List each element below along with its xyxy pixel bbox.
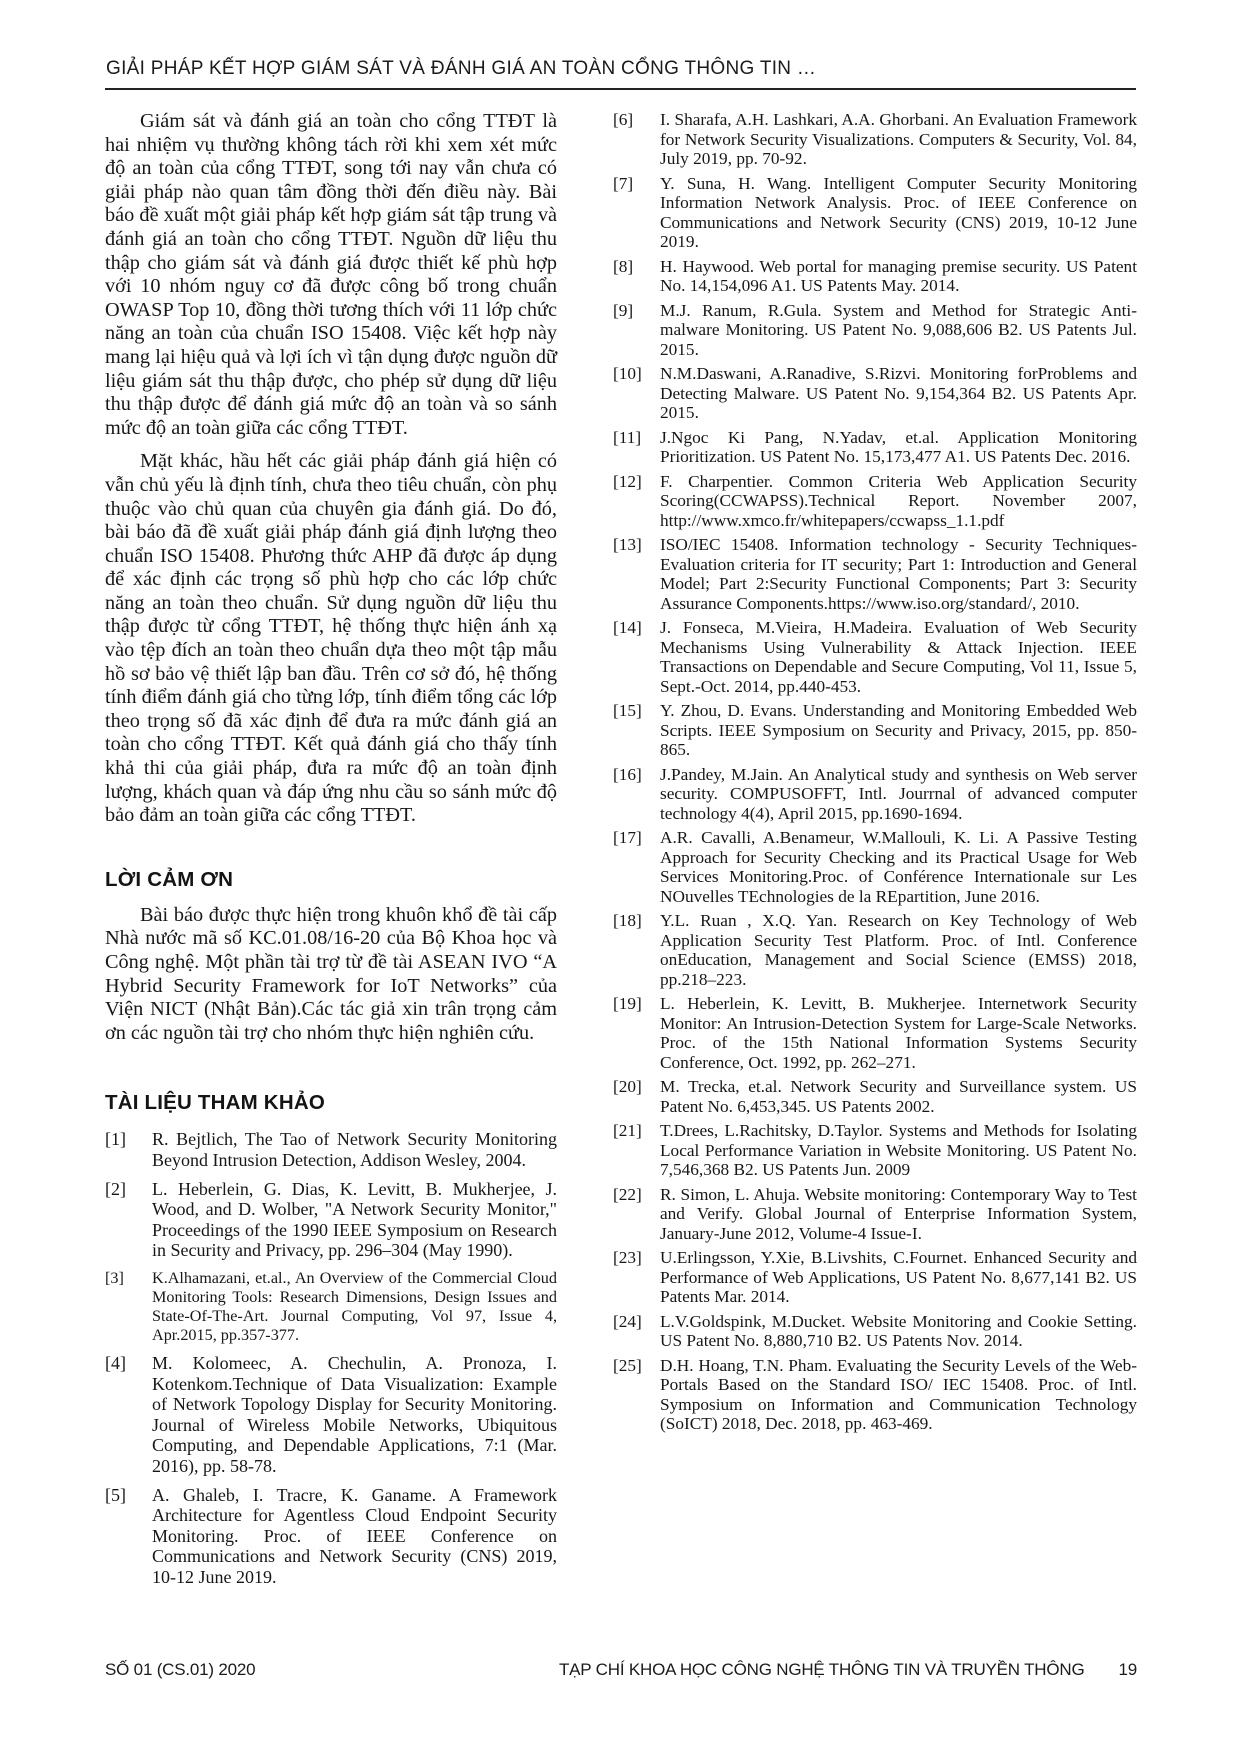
body-paragraph-1: Giám sát và đánh giá an toàn cho cổng TT… (105, 110, 557, 440)
reference-number: [2] (105, 1179, 152, 1261)
reference-number: [18] (613, 911, 660, 989)
header-rule (105, 88, 1136, 90)
reference-item: [6] I. Sharafa, A.H. Lashkari, A.A. Ghor… (613, 110, 1137, 169)
reference-text: R. Bejtlich, The Tao of Network Security… (152, 1129, 557, 1170)
reference-item: [19] L. Heberlein, K. Levitt, B. Mukherj… (613, 994, 1137, 1072)
reference-number: [5] (105, 1485, 152, 1588)
references-heading: TÀI LIỆU THAM KHẢO (105, 1091, 557, 1115)
reference-number: [21] (613, 1121, 660, 1180)
reference-number: [23] (613, 1248, 660, 1307)
reference-text: L.V.Goldspink, M.Ducket. Website Monitor… (660, 1312, 1137, 1351)
reference-item: [15] Y. Zhou, D. Evans. Understanding an… (613, 701, 1137, 760)
reference-number: [12] (613, 472, 660, 531)
left-column: Giám sát và đánh giá an toàn cho cổng TT… (105, 110, 557, 1595)
reference-text: Y. Suna, H. Wang. Intelligent Computer S… (660, 174, 1137, 252)
reference-number: [20] (613, 1077, 660, 1116)
reference-text: L. Heberlein, G. Dias, K. Levitt, B. Muk… (152, 1179, 557, 1261)
reference-number: [25] (613, 1356, 660, 1434)
reference-number: [24] (613, 1312, 660, 1351)
reference-item: [23] U.Erlingsson, Y.Xie, B.Livshits, C.… (613, 1248, 1137, 1307)
reference-item: [11] J.Ngoc Ki Pang, N.Yadav, et.al. App… (613, 428, 1137, 467)
reference-item: [25] D.H. Hoang, T.N. Pham. Evaluating t… (613, 1356, 1137, 1434)
reference-item: [14] J. Fonseca, M.Vieira, H.Madeira. Ev… (613, 618, 1137, 696)
reference-text: K.Alhamazani, et.al., An Overview of the… (152, 1269, 557, 1345)
reference-number: [1] (105, 1129, 152, 1170)
reference-item: [13] ISO/IEC 15408. Information technolo… (613, 535, 1137, 613)
reference-text: Y.L. Ruan , X.Q. Yan. Research on Key Te… (660, 911, 1137, 989)
reference-item: [24] L.V.Goldspink, M.Ducket. Website Mo… (613, 1312, 1137, 1351)
reference-item: [9] M.J. Ranum, R.Gula. System and Metho… (613, 301, 1137, 360)
reference-text: J.Ngoc Ki Pang, N.Yadav, et.al. Applicat… (660, 428, 1137, 467)
reference-text: D.H. Hoang, T.N. Pham. Evaluating the Se… (660, 1356, 1137, 1434)
reference-text: N.M.Daswani, A.Ranadive, S.Rizvi. Monito… (660, 364, 1137, 423)
paper-page: GIẢI PHÁP KẾT HỢP GIÁM SÁT VÀ ĐÁNH GIÁ A… (0, 0, 1240, 1753)
reference-text: J.Pandey, M.Jain. An Analytical study an… (660, 765, 1137, 824)
reference-item: [3] K.Alhamazani, et.al., An Overview of… (105, 1269, 557, 1345)
reference-list-right: [6] I. Sharafa, A.H. Lashkari, A.A. Ghor… (613, 110, 1137, 1434)
reference-number: [13] (613, 535, 660, 613)
reference-number: [6] (613, 110, 660, 169)
reference-text: Y. Zhou, D. Evans. Understanding and Mon… (660, 701, 1137, 760)
footer-right: TẠP CHÍ KHOA HỌC CÔNG NGHỆ THÔNG TIN VÀ … (559, 1660, 1137, 1680)
reference-item: [21] T.Drees, L.Rachitsky, D.Taylor. Sys… (613, 1121, 1137, 1180)
right-column: [6] I. Sharafa, A.H. Lashkari, A.A. Ghor… (613, 110, 1137, 1595)
reference-item: [17] A.R. Cavalli, A.Benameur, W.Malloul… (613, 828, 1137, 906)
reference-text: F. Charpentier. Common Criteria Web Appl… (660, 472, 1137, 531)
reference-item: [2] L. Heberlein, G. Dias, K. Levitt, B.… (105, 1179, 557, 1261)
page-footer: SỐ 01 (CS.01) 2020 TẠP CHÍ KHOA HỌC CÔNG… (105, 1660, 1137, 1680)
reference-item: [10] N.M.Daswani, A.Ranadive, S.Rizvi. M… (613, 364, 1137, 423)
reference-item: [8] H. Haywood. Web portal for managing … (613, 257, 1137, 296)
reference-number: [22] (613, 1185, 660, 1244)
reference-text: A. Ghaleb, I. Tracre, K. Ganame. A Frame… (152, 1485, 557, 1588)
reference-item: [1] R. Bejtlich, The Tao of Network Secu… (105, 1129, 557, 1170)
reference-item: [4] M. Kolomeec, A. Chechulin, A. Pronoz… (105, 1353, 557, 1477)
reference-number: [8] (613, 257, 660, 296)
reference-number: [11] (613, 428, 660, 467)
reference-number: [17] (613, 828, 660, 906)
reference-number: [10] (613, 364, 660, 423)
reference-number: [15] (613, 701, 660, 760)
footer-journal-title: TẠP CHÍ KHOA HỌC CÔNG NGHỆ THÔNG TIN VÀ … (559, 1660, 1085, 1680)
reference-number: [16] (613, 765, 660, 824)
reference-item: [18] Y.L. Ruan , X.Q. Yan. Research on K… (613, 911, 1137, 989)
reference-text: A.R. Cavalli, A.Benameur, W.Mallouli, K.… (660, 828, 1137, 906)
reference-item: [5] A. Ghaleb, I. Tracre, K. Ganame. A F… (105, 1485, 557, 1588)
reference-text: J. Fonseca, M.Vieira, H.Madeira. Evaluat… (660, 618, 1137, 696)
reference-item: [20] M. Trecka, et.al. Network Security … (613, 1077, 1137, 1116)
footer-issue: SỐ 01 (CS.01) 2020 (105, 1660, 255, 1680)
acknowledgment-heading: LỜI CẢM ƠN (105, 868, 557, 892)
reference-number: [9] (613, 301, 660, 360)
reference-text: ISO/IEC 15408. Information technology - … (660, 535, 1137, 613)
reference-number: [14] (613, 618, 660, 696)
reference-text: H. Haywood. Web portal for managing prem… (660, 257, 1137, 296)
reference-number: [3] (105, 1269, 152, 1345)
reference-item: [16] J.Pandey, M.Jain. An Analytical stu… (613, 765, 1137, 824)
reference-item: [22] R. Simon, L. Ahuja. Website monitor… (613, 1185, 1137, 1244)
body-paragraph-2: Mặt khác, hầu hết các giải pháp đánh giá… (105, 450, 557, 828)
acknowledgment-paragraph: Bài báo được thực hiện trong khuôn khổ đ… (105, 904, 557, 1046)
reference-item: [12] F. Charpentier. Common Criteria Web… (613, 472, 1137, 531)
reference-number: [4] (105, 1353, 152, 1477)
reference-text: U.Erlingsson, Y.Xie, B.Livshits, C.Fourn… (660, 1248, 1137, 1307)
reference-text: M. Kolomeec, A. Chechulin, A. Pronoza, I… (152, 1353, 557, 1477)
reference-text: L. Heberlein, K. Levitt, B. Mukherjee. I… (660, 994, 1137, 1072)
reference-text: M. Trecka, et.al. Network Security and S… (660, 1077, 1137, 1116)
reference-number: [19] (613, 994, 660, 1072)
reference-text: M.J. Ranum, R.Gula. System and Method fo… (660, 301, 1137, 360)
reference-item: [7] Y. Suna, H. Wang. Intelligent Comput… (613, 174, 1137, 252)
reference-text: T.Drees, L.Rachitsky, D.Taylor. Systems … (660, 1121, 1137, 1180)
two-column-body: Giám sát và đánh giá an toàn cho cổng TT… (105, 110, 1137, 1595)
reference-text: I. Sharafa, A.H. Lashkari, A.A. Ghorbani… (660, 110, 1137, 169)
footer-page-number: 19 (1118, 1660, 1137, 1680)
reference-text: R. Simon, L. Ahuja. Website monitoring: … (660, 1185, 1137, 1244)
reference-number: [7] (613, 174, 660, 252)
running-head: GIẢI PHÁP KẾT HỢP GIÁM SÁT VÀ ĐÁNH GIÁ A… (106, 58, 816, 80)
reference-list-left: [1] R. Bejtlich, The Tao of Network Secu… (105, 1129, 557, 1587)
